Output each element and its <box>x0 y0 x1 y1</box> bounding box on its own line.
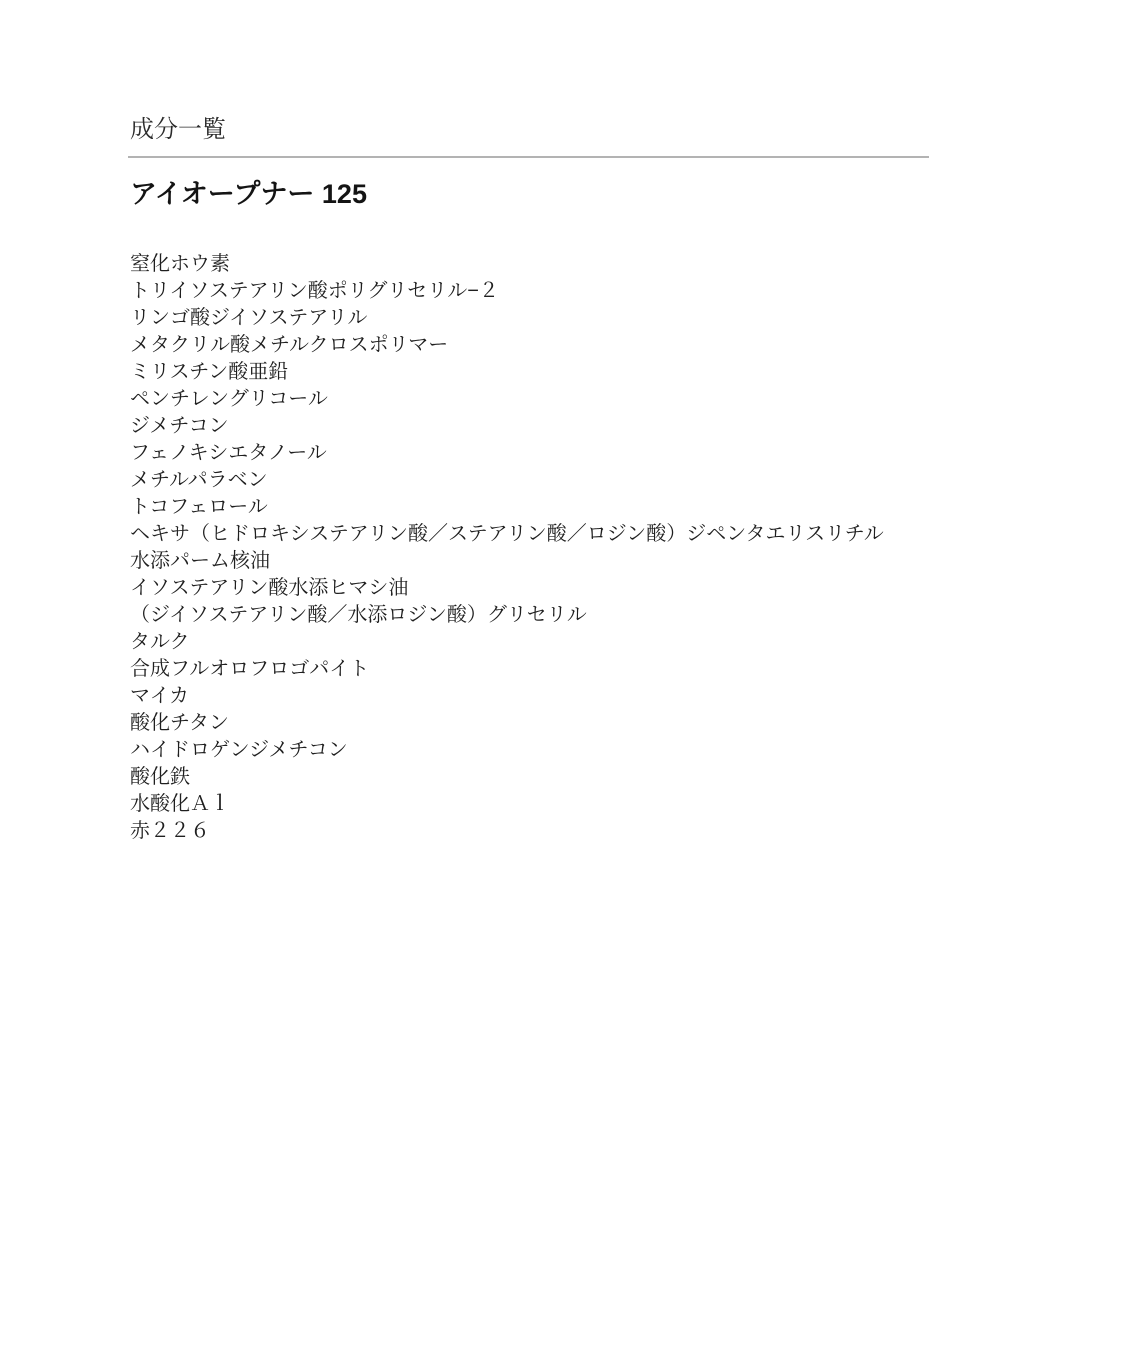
ingredient-item: トリイソステアリン酸ポリグリセリル−２ <box>130 278 884 305</box>
ingredient-item: ヘキサ（ヒドロキシステアリン酸／ステアリン酸／ロジン酸）ジペンタエリスリチル <box>130 521 884 548</box>
ingredient-item: （ジイソステアリン酸／水添ロジン酸）グリセリル <box>130 602 884 629</box>
ingredient-item: リンゴ酸ジイソステアリル <box>130 305 884 332</box>
ingredient-item: ジメチコン <box>130 413 884 440</box>
ingredient-item: トコフェロール <box>130 494 884 521</box>
ingredient-item: ハイドロゲンジメチコン <box>130 737 884 764</box>
ingredient-item: ミリスチン酸亜鉛 <box>130 359 884 386</box>
ingredient-item: イソステアリン酸水添ヒマシ油 <box>130 575 884 602</box>
ingredient-item: フェノキシエタノール <box>130 440 884 467</box>
ingredient-item: ペンチレングリコール <box>130 386 884 413</box>
ingredient-item: 赤２２６ <box>130 818 884 845</box>
ingredient-item: 酸化チタン <box>130 710 884 737</box>
ingredient-item: メタクリル酸メチルクロスポリマー <box>130 332 884 359</box>
ingredient-document-page: 成分一覧 アイオープナー 125 窒化ホウ素トリイソステアリン酸ポリグリセリル−… <box>0 0 1125 1350</box>
ingredient-item: 窒化ホウ素 <box>130 251 884 278</box>
ingredient-list: 窒化ホウ素トリイソステアリン酸ポリグリセリル−２リンゴ酸ジイソステアリルメタクリ… <box>130 251 884 845</box>
ingredient-item: 合成フルオロフロゴパイト <box>130 656 884 683</box>
ingredient-item: メチルパラベン <box>130 467 884 494</box>
ingredient-item: 水添パーム核油 <box>130 548 884 575</box>
page-title: 成分一覧 <box>130 116 226 143</box>
product-name-heading: アイオープナー 125 <box>130 179 367 209</box>
ingredient-item: 酸化鉄 <box>130 764 884 791</box>
ingredient-item: 水酸化Ａｌ <box>130 791 884 818</box>
ingredient-item: タルク <box>130 629 884 656</box>
ingredient-item: マイカ <box>130 683 884 710</box>
horizontal-divider <box>128 156 929 158</box>
